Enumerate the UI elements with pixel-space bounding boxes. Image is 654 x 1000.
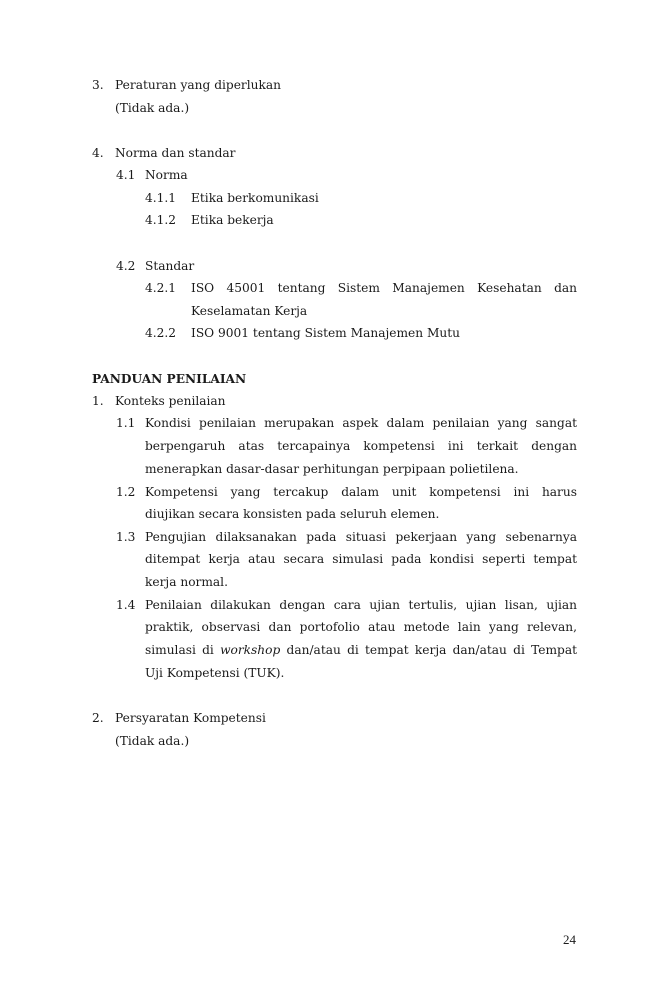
text-segment: dan/atau di tempat kerja dan/atau di Tem…	[280, 643, 577, 657]
item-number: 4.1.1	[145, 190, 176, 206]
subsection-title: Norma	[145, 167, 188, 183]
item-text: Etika berkomunikasi	[191, 190, 319, 206]
item-number: 1.4	[116, 597, 135, 613]
item-number: 4.1.2	[145, 212, 176, 228]
section-body: (Tidak ada.)	[115, 733, 189, 749]
item-text-line: Keselamatan Kerja	[191, 303, 307, 319]
item-text: ISO 9001 tentang Sistem Manajemen Mutu	[191, 325, 460, 341]
page-number: 24	[563, 932, 576, 948]
item-number: 4.2.1	[145, 280, 176, 296]
section-number: 3.	[92, 77, 104, 93]
item-text-line: kerja normal.	[145, 574, 228, 590]
item-text: Etika bekerja	[191, 212, 274, 228]
item-text-line: Kondisi penilaian merupakan aspek dalam …	[145, 415, 577, 431]
section-number: 1.	[92, 393, 104, 409]
item-text-line: ISO 45001 tentang Sistem Manajemen Keseh…	[191, 280, 577, 296]
item-text-line: Penilaian dilakukan dengan cara ujian te…	[145, 597, 577, 613]
item-text-line: menerapkan dasar-dasar perhitungan perpi…	[145, 461, 519, 477]
text-segment: simulasi di	[145, 643, 220, 657]
item-text-line: Uji Kompetensi (TUK).	[145, 665, 284, 681]
subsection-number: 4.2	[116, 258, 135, 274]
subsection-number: 4.1	[116, 167, 135, 183]
section-title: Konteks penilaian	[115, 393, 226, 409]
item-text-line: Pengujian dilaksanakan pada situasi peke…	[145, 529, 577, 545]
section-title: Norma dan standar	[115, 145, 235, 161]
section-title: Peraturan yang diperlukan	[115, 77, 281, 93]
item-number: 1.2	[116, 484, 135, 500]
item-number: 1.3	[116, 529, 135, 545]
item-text-line: ditempat kerja atau secara simulasi pada…	[145, 551, 577, 567]
italic-term: workshop	[220, 643, 280, 657]
item-text-line: praktik, observasi dan portofolio atau m…	[145, 619, 577, 635]
item-number: 1.1	[116, 415, 135, 431]
item-text-line: Kompetensi yang tercakup dalam unit komp…	[145, 484, 577, 500]
section-body: (Tidak ada.)	[115, 100, 189, 116]
subsection-title: Standar	[145, 258, 194, 274]
item-number: 4.2.2	[145, 325, 176, 341]
item-text-line: diujikan secara konsisten pada seluruh e…	[145, 506, 439, 522]
section-number: 2.	[92, 710, 104, 726]
item-text-line: berpengaruh atas tercapainya kompetensi …	[145, 438, 577, 454]
item-text-line: simulasi di workshop dan/atau di tempat …	[145, 642, 577, 658]
panduan-heading: PANDUAN PENILAIAN	[92, 371, 246, 387]
section-number: 4.	[92, 145, 104, 161]
section-title: Persyaratan Kompetensi	[115, 710, 266, 726]
